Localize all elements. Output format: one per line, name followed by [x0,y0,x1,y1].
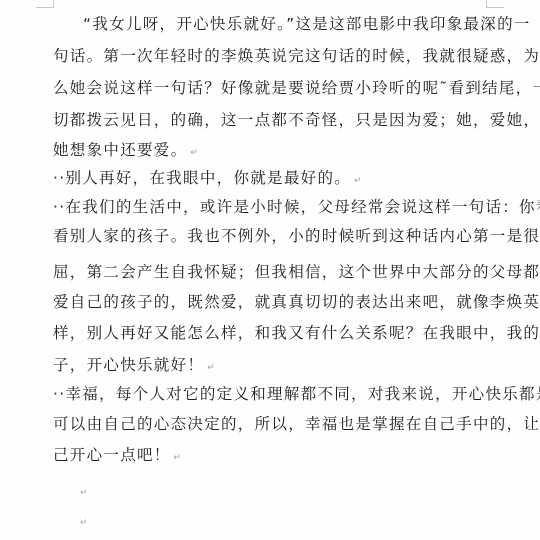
line-text: 子，开心快乐就好！ [53,356,204,374]
page-corner-mark-right [486,0,504,8]
text-line[interactable]: 看别人家的孩子。我也不例外，小的时候听到这种话内心第一是很委 [53,226,473,246]
paragraph-mark-icon: ↵ [171,453,181,463]
text-line[interactable]: 屈，第二会产生自我怀疑；但我相信，这个世界中大部分的父母都是 [53,262,473,282]
text-line[interactable]: 切都拨云见日，的确，这一点都不奇怪，只是因为爱；她，爱她，比 [53,110,473,130]
text-line[interactable]: 可以由自己的心态决定的，所以，幸福也是掌握在自己手中的，让自 [53,414,473,434]
text-line[interactable]: 她想象中还要爱。 ↵ [53,140,473,163]
line-text: ··别人再好，在我眼中，你就是最好的。 [53,169,351,187]
page-corner-mark-left [36,0,54,8]
line-text: 己开心一点吧！ [53,446,171,464]
paragraph-mark-icon: ↵ [187,148,197,158]
text-line[interactable]: ··幸福，每个人对它的定义和理解都不同，对我来说，开心快乐都是 [53,384,473,404]
line-text: 切都拨云见日，的确，这一点都不奇怪，只是因为爱；她，爱她，比 [53,111,540,129]
text-line[interactable]: 么她会说这样一句话？好像就是要说给贾小玲听的呢˜看到结尾，一 [53,78,473,98]
paragraph-mark-icon: ↵ [80,488,88,498]
line-text: 她想象中还要爱。 [53,141,187,159]
text-line[interactable]: 己开心一点吧！ ↵ [53,445,473,468]
text-line[interactable]: 样，别人再好又能怎么样，和我又有什么关系呢？在我眼中，我的孩 [53,323,473,343]
text-line[interactable]: ··别人再好，在我眼中，你就是最好的。 ↵ [53,168,473,191]
line-text: 句话。第一次年轻时的李焕英说完这句话的时候，我就很疑惑，为什 [53,47,540,65]
line-text: ··在我们的生活中，或许是小时候，父母经常会说这样一句话：你看 [53,198,540,216]
text-line[interactable]: 爱自己的孩子的，既然爱，就真真切切的表达出来吧，就像李焕英一 [53,292,473,312]
line-text: “我女儿呀，开心快乐就好。”这是这部电影中我印象最深的一 [83,15,531,33]
paragraph-mark-icon: ↵ [204,363,214,373]
paragraph-mark-icon: ↵ [351,176,361,186]
line-text: 可以由自己的心态决定的，所以，幸福也是掌握在自己手中的，让自 [53,415,540,433]
text-line[interactable]: 句话。第一次年轻时的李焕英说完这句话的时候，我就很疑惑，为什 [53,46,473,66]
line-text: 看别人家的孩子。我也不例外，小的时候听到这种话内心第一是很委 [53,227,540,245]
text-line[interactable]: 子，开心快乐就好！ ↵ [53,355,473,378]
paragraph-mark-icon: ↵ [80,518,88,528]
document-page[interactable]: “我女儿呀，开心快乐就好。”这是这部电影中我印象最深的一句话。第一次年轻时的李焕… [0,0,540,540]
line-text: 屈，第二会产生自我怀疑；但我相信，这个世界中大部分的父母都是 [53,263,540,281]
text-line[interactable]: ··在我们的生活中，或许是小时候，父母经常会说这样一句话：你看 [53,197,473,217]
line-text: 样，别人再好又能怎么样，和我又有什么关系呢？在我眼中，我的孩 [53,324,540,342]
line-text: 么她会说这样一句话？好像就是要说给贾小玲听的呢˜看到结尾，一 [53,79,540,97]
text-line[interactable]: “我女儿呀，开心快乐就好。”这是这部电影中我印象最深的一 [83,14,503,34]
line-text: ··幸福，每个人对它的定义和理解都不同，对我来说，开心快乐都是 [53,385,540,403]
line-text: 爱自己的孩子的，既然爱，就真真切切的表达出来吧，就像李焕英一 [53,293,540,311]
